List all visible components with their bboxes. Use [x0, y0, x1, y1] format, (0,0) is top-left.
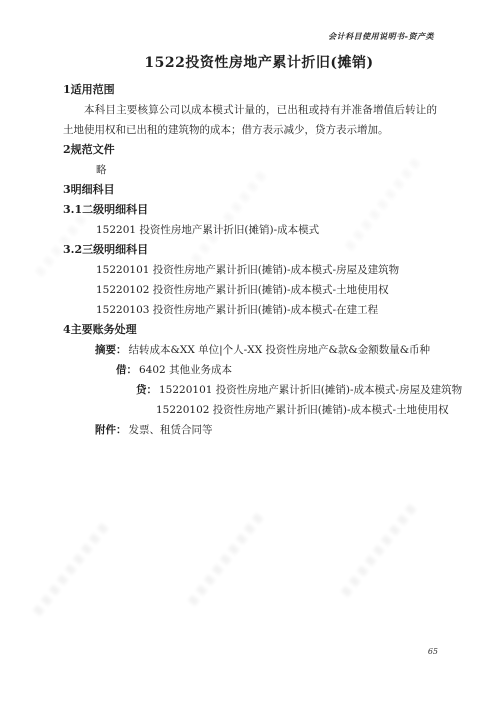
- summary-label: 摘要：: [95, 344, 127, 356]
- account-item: 15220103 投资性房地产累计折旧(摊销)-成本模式-在建工程: [96, 300, 437, 320]
- document-body: 1适用范围 本科目主要核算公司以成本模式计量的，已出租或持有并准备增值后转让的土…: [0, 80, 500, 440]
- summary-text: 结转成本&XX 单位|个人-XX 投资性房地产&款&金额数量&币种: [129, 344, 431, 356]
- account-item: 152201 投资性房地产累计折旧(摊销)-成本模式: [96, 220, 437, 240]
- watermark: [33, 520, 111, 616]
- section-3-heading: 3明细科目: [63, 180, 437, 200]
- entry-credit-row: 贷：15220101 投资性房地产累计折旧(摊销)-成本模式-房屋及建筑物: [136, 380, 437, 400]
- entry-debit-row: 借：6402 其他业务成本: [116, 360, 437, 380]
- entry-summary-row: 摘要：结转成本&XX 单位|个人-XX 投资性房地产&款&金额数量&币种: [95, 340, 437, 360]
- account-item: 15220102 投资性房地产累计折旧(摊销)-成本模式-土地使用权: [96, 280, 437, 300]
- page-header: 会计科目使用说明书-资产类: [0, 0, 500, 41]
- entry-attachment-row: 附件：发票、租赁合同等: [95, 420, 437, 440]
- credit-text: 15220102 投资性房地产累计折旧(摊销)-成本模式-土地使用权: [156, 404, 449, 416]
- section-2-content: 略: [96, 160, 437, 180]
- debit-label: 借：: [116, 364, 137, 376]
- section-1-paragraph: 本科目主要核算公司以成本模式计量的，已出租或持有并准备增值后转让的土地使用权和已…: [63, 100, 437, 140]
- credit-text: 15220101 投资性房地产累计折旧(摊销)-成本模式-房屋及建筑物: [159, 384, 462, 396]
- watermark: [188, 510, 266, 606]
- watermark: [341, 501, 419, 597]
- page-number: 65: [428, 647, 438, 656]
- credit-label: 贷：: [136, 384, 157, 396]
- section-4-heading: 4主要账务处理: [63, 320, 437, 340]
- header-doc-label: 会计科目使用说明书-资产类: [328, 31, 434, 41]
- section-3-1-heading: 3.1二级明细科目: [63, 200, 437, 220]
- debit-text: 6402 其他业务成本: [139, 364, 232, 376]
- attachment-text: 发票、租赁合同等: [129, 424, 213, 436]
- document-page: 会计科目使用说明书-资产类 1522投资性房地产累计折旧(摊销) 1适用范围 本…: [0, 0, 500, 707]
- section-2-heading: 2规范文件: [63, 140, 437, 160]
- section-3-2-heading: 3.2三级明细科目: [63, 240, 437, 260]
- entry-credit-row-continued: 15220102 投资性房地产累计折旧(摊销)-成本模式-土地使用权: [156, 400, 437, 420]
- attachment-label: 附件：: [95, 424, 127, 436]
- document-title: 1522投资性房地产累计折旧(摊销): [9, 55, 500, 71]
- account-item: 15220101 投资性房地产累计折旧(摊销)-成本模式-房屋及建筑物: [96, 260, 437, 280]
- section-1-heading: 1适用范围: [63, 80, 437, 100]
